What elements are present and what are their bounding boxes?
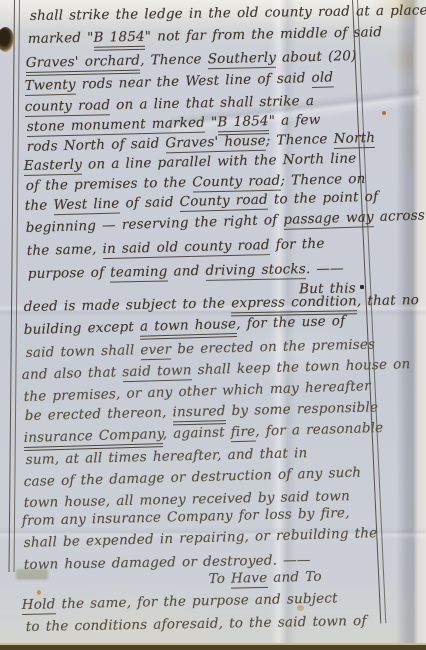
underlined-phrase: Hold <box>22 596 56 615</box>
underlined-phrase: teaming <box>110 264 168 283</box>
underlined-phrase: Southerly <box>208 50 277 69</box>
manuscript-text: . —— <box>306 260 344 277</box>
underlined-phrase: driving stocks <box>205 261 306 281</box>
manuscript-text: across <box>374 207 426 225</box>
manuscript-text: building except <box>24 319 141 338</box>
manuscript-text: be erected thereon, <box>25 404 173 424</box>
manuscript-text: said town shall <box>26 342 141 361</box>
manuscript-text: purpose of <box>28 265 111 282</box>
manuscript-text: shall keep the town house on <box>191 356 410 378</box>
manuscript-text: rods North of said <box>27 135 166 155</box>
manuscript-text: of said <box>119 194 180 212</box>
manuscript-line-26: shall be expended in repairing, or rebui… <box>24 526 364 551</box>
manuscript-text: the same, for the purpose and subject <box>55 590 338 612</box>
manuscript-text: be erected on the premises <box>171 336 375 357</box>
manuscript-text: about (20) <box>276 48 357 66</box>
manuscript-text: and <box>167 263 205 280</box>
underlined-phrase: insured <box>172 403 226 425</box>
underlined-phrase: ever <box>140 341 171 360</box>
underlined-phrase: County road <box>179 192 268 212</box>
manuscript-text: To <box>208 571 231 587</box>
manuscript-line-21: insurance Company, against fire, for a r… <box>24 421 364 446</box>
manuscript-text: on a line parallel with the North line <box>82 150 357 172</box>
manuscript-text: " not far from the middle of said <box>145 24 383 45</box>
manuscript-text: and To <box>267 569 322 586</box>
manuscript-text: shall be expended in repairing, or rebui… <box>24 525 378 551</box>
underlined-phrase: said town <box>122 362 192 382</box>
manuscript-line-17: said town shall ever be erected on the p… <box>26 337 366 361</box>
underlined-phrase: passage way <box>283 209 374 230</box>
manuscript-line-13: purpose of teaming and driving stocks. —… <box>28 260 368 282</box>
manuscript-text: and also that <box>22 364 123 383</box>
manuscript-text: to the point of <box>268 189 379 208</box>
manuscript-text: of the premises to the <box>26 175 193 194</box>
manuscript-text: , for a reasonable <box>255 420 384 440</box>
manuscript-text: by some responsible <box>225 399 378 419</box>
manuscript-line-23: case of the damage or destruction of any… <box>24 465 364 490</box>
underlined-phrase: County road <box>192 173 281 193</box>
manuscript-text: , Thence <box>140 51 208 68</box>
manuscript-line-12: the same, in said old county road for th… <box>27 235 367 259</box>
manuscript-text: deed is made subject to the <box>24 295 232 315</box>
manuscript-text: case of the damage or destruction of any… <box>24 465 362 490</box>
underlined-phrase: West line <box>53 196 119 216</box>
manuscript-text: , that no <box>357 292 419 309</box>
manuscript-text: to the conditions aforesaid, to the said… <box>26 613 367 635</box>
manuscript-line-16: building except a town house, for the us… <box>24 313 364 338</box>
manuscript-line-3: Graves' orchard, Thence Southerly about … <box>26 48 366 71</box>
manuscript-line-1: shall strike the ledge in the old county… <box>30 3 370 24</box>
manuscript-text: , against <box>163 424 231 442</box>
manuscript-line-30: to the conditions aforesaid, to the said… <box>26 613 366 635</box>
manuscript-text: beginning — reserving the right of <box>25 212 283 236</box>
manuscript-line-2: marked "B 1854" not far from the middle … <box>28 24 368 47</box>
manuscript-text: ; Thence <box>266 131 334 149</box>
underlined-phrase: old <box>311 69 333 88</box>
underlined-phrase: fire <box>231 424 256 443</box>
underlined-phrase: Easterly <box>24 157 83 176</box>
handwritten-text-block: shall strike the ledge in the old county… <box>0 0 426 650</box>
manuscript-text: " <box>205 114 218 130</box>
manuscript-text: the <box>25 197 54 214</box>
manuscript-line-8: Easterly on a line parallel with the Nor… <box>24 150 364 174</box>
underlined-phrase: county road <box>25 97 111 117</box>
underlined-phrase: B 1854 <box>93 29 145 51</box>
manuscript-text: on a line that shall strike a <box>110 93 314 113</box>
underlined-phrase: Graves' orchard <box>26 53 141 76</box>
manuscript-text: , for the use of <box>236 313 345 332</box>
underlined-phrase: insurance Company <box>24 426 164 451</box>
underlined-phrase: in said old county road <box>102 237 270 259</box>
underlined-phrase: stone monument marked <box>27 115 206 137</box>
underlined-phrase: Graves' house <box>165 133 266 154</box>
underlined-phrase: Have <box>231 570 268 589</box>
manuscript-text: " a few <box>269 112 321 129</box>
underlined-phrase: a town house <box>140 316 237 340</box>
manuscript-line-29: Hold the same, for the purpose and subje… <box>22 590 362 613</box>
manuscript-text: shall strike the ledge in the old county… <box>30 2 426 24</box>
underlined-phrase: North <box>333 130 375 149</box>
underlined-phrase: Twenty <box>25 77 76 96</box>
manuscript-text: for the <box>269 236 324 253</box>
manuscript-text: marked " <box>28 30 94 47</box>
manuscript-text: the same, <box>27 241 103 259</box>
manuscript-text: ; Thence on <box>280 171 365 189</box>
manuscript-photo: shall strike the ledge in the old county… <box>0 0 426 650</box>
